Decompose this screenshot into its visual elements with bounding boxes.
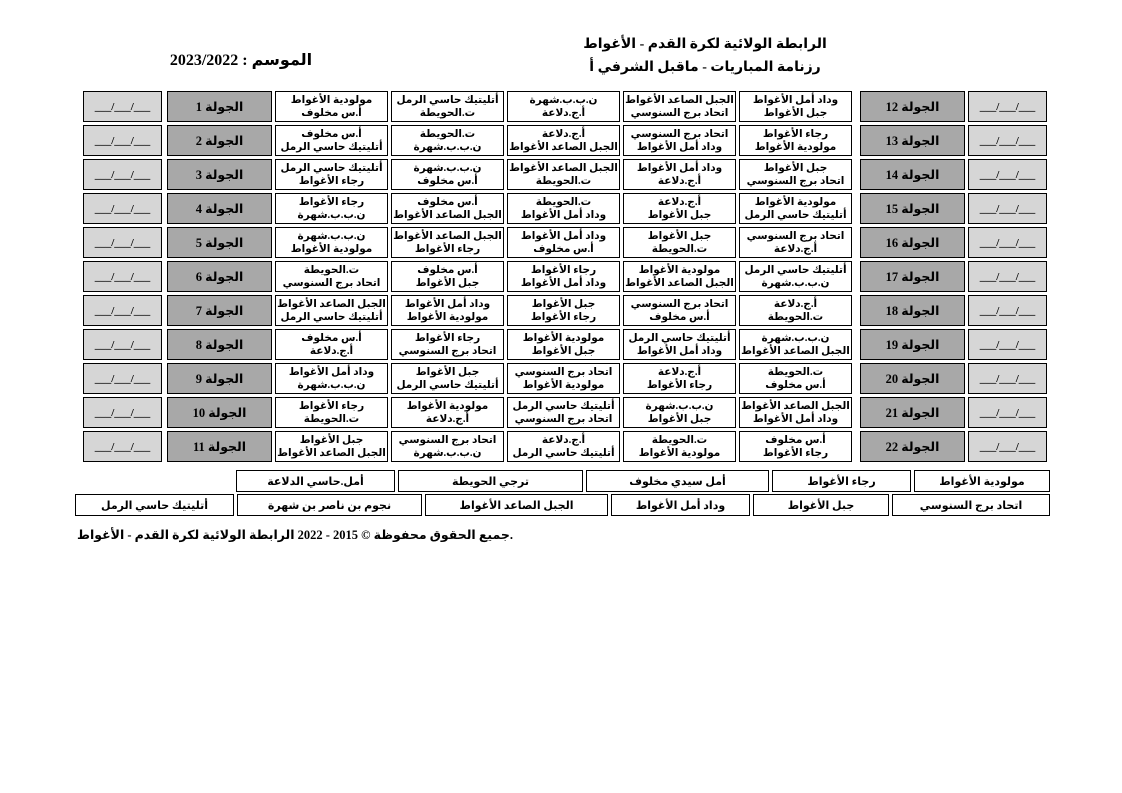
round-label-left: الجولة 22 [860,431,965,462]
team-bottom: أ.س مخلوف [533,243,593,256]
match-cell: أ.ج.دلاعةرجاء الأغواط [623,363,736,394]
team-top: مولودية الأغواط [523,332,605,345]
legend-item: مولودية الأغواط [914,470,1050,492]
team-top: مولودية الأغواط [291,94,373,107]
match-cell: مولودية الأغواطجبل الأغواط [507,329,620,360]
match-cell: ن.ب.ب.شهرةأ.س مخلوف [391,159,504,190]
match-cell: رجاء الأغواطوداد أمل الأغواط [507,261,620,292]
match-cell: أ.س مخلوفالجبل الصاعد الأغواط [391,193,504,224]
match-cell: رجاء الأغواطت.الحويطة [275,397,388,428]
date-field: ___/___/___ [968,329,1047,360]
legend-item: أمل.حاسي الدلاعة [236,470,395,492]
team-bottom: ت.الحويطة [536,175,591,188]
date-field: ___/___/___ [83,261,162,292]
match-cell: جبل الأغواطرجاء الأغواط [507,295,620,326]
team-bottom: أ.س مخلوف [765,379,825,392]
match-cell: أ.ج.دلاعةالجبل الصاعد الأغواط [507,125,620,156]
match-cell: أ.ج.دلاعةجبل الأغواط [623,193,736,224]
date-field: ___/___/___ [83,91,162,122]
round-label-left: الجولة 20 [860,363,965,394]
match-cell: جبل الأغواطالجبل الصاعد الأغواط [275,431,388,462]
team-bottom: اتحاد برج السنوسي [747,175,845,188]
team-top: رجاء الأغواط [763,128,828,141]
match-cell: أ.س مخلوفأتليتيك حاسي الرمل [275,125,388,156]
team-bottom: أ.س مخلوف [417,175,477,188]
legend-row: اتحاد برج السنوسيجبل الأغواطوداد أمل الأ… [75,494,1050,516]
match-cell: وداد أمل الأغواطجبل الأغواط [739,91,852,122]
team-bottom: جبل الأغواط [532,345,596,358]
team-bottom: رجاء الأغواط [299,175,364,188]
match-cell: مولودية الأغواطأ.ج.دلاعة [391,397,504,428]
team-bottom: الجبل الصاعد الأغواط [625,277,734,290]
team-top: أتليتيك حاسي الرمل [628,332,730,345]
team-bottom: مولودية الأغواط [407,311,489,324]
team-top: ن.ب.ب.شهرة [762,332,830,345]
match-cell: اتحاد برج السنوسيمولودية الأغواط [507,363,620,394]
team-top: ن.ب.ب.شهرة [414,162,482,175]
match-cell: ت.الحويطةمولودية الأغواط [623,431,736,462]
team-bottom: رجاء الأغواط [763,447,828,460]
date-field: ___/___/___ [968,125,1047,156]
round-label-left: الجولة 12 [860,91,965,122]
match-cell: اتحاد برج السنوسيوداد أمل الأغواط [623,125,736,156]
schedule-row: ___/___/___الجولة 22أ.س مخلوفرجاء الأغوا… [78,431,1047,462]
legend-item: الجبل الصاعد الأغواط [425,494,608,516]
team-top: أ.ج.دلاعة [542,128,585,141]
team-top: وداد أمل الأغواط [521,230,606,243]
team-bottom: رجاء الأغواط [647,379,712,392]
round-label-right: الجولة 11 [167,431,272,462]
page-subtitle: رزنامة المباريات - ماقبل الشرفي أ [520,56,890,79]
team-bottom: الجبل الصاعد الأغواط [509,141,618,154]
date-field: ___/___/___ [968,261,1047,292]
team-bottom: ن.ب.ب.شهرة [414,447,482,460]
team-bottom: أ.س مخلوف [649,311,709,324]
team-bottom: أ.ج.دلاعة [542,107,585,120]
round-label-left: الجولة 17 [860,261,965,292]
round-label-left: الجولة 16 [860,227,965,258]
match-cell: أ.س مخلوفأ.ج.دلاعة [275,329,388,360]
page-title-block: الرابطة الولائية لكرة القدم - الأغواط رز… [520,33,890,79]
team-top: مولودية الأغواط [407,400,489,413]
team-top: مولودية الأغواط [639,264,721,277]
match-cell: رجاء الأغواطن.ب.ب.شهرة [275,193,388,224]
team-bottom: الجبل الصاعد الأغواط [393,209,502,222]
schedule-row: ___/___/___الجولة 14جبل الأغواطاتحاد برج… [78,159,1047,190]
team-bottom: ت.الحويطة [768,311,823,324]
team-bottom: ت.الحويطة [420,107,475,120]
date-field: ___/___/___ [83,227,162,258]
team-top: مولودية الأغواط [755,196,837,209]
team-bottom: رجاء الأغواط [415,243,480,256]
legend-item: جبل الأغواط [753,494,889,516]
schedule-row: ___/___/___الجولة 15مولودية الأغواطأتليت… [78,193,1047,224]
team-top: ت.الحويطة [304,264,359,277]
schedule-row: ___/___/___الجولة 12وداد أمل الأغواطجبل … [78,91,1047,122]
team-bottom: ت.الحويطة [652,243,707,256]
match-cell: اتحاد برج السنوسيأ.ج.دلاعة [739,227,852,258]
team-bottom: وداد أمل الأغواط [753,413,838,426]
schedule-row: ___/___/___الجولة 17أتليتيك حاسي الرملن.… [78,261,1047,292]
team-top: أ.س مخلوف [301,332,361,345]
schedule-row: ___/___/___الجولة 16اتحاد برج السنوسيأ.ج… [78,227,1047,258]
team-top: جبل الأغواط [416,366,480,379]
date-field: ___/___/___ [83,295,162,326]
team-bottom: جبل الأغواط [416,277,480,290]
team-top: اتحاد برج السنوسي [399,434,497,447]
match-cell: ت.الحويطةوداد أمل الأغواط [507,193,620,224]
round-label-right: الجولة 6 [167,261,272,292]
round-label-left: الجولة 15 [860,193,965,224]
date-field: ___/___/___ [83,159,162,190]
legend-item: أمل سيدي مخلوف [586,470,769,492]
team-top: جبل الأغواط [764,162,828,175]
team-bottom: ن.ب.ب.شهرة [298,209,366,222]
match-cell: وداد أمل الأغواطن.ب.ب.شهرة [275,363,388,394]
team-top: ن.ب.ب.شهرة [298,230,366,243]
match-cell: وداد أمل الأغواطأ.س مخلوف [507,227,620,258]
team-top: أتليتيك حاسي الرمل [396,94,498,107]
round-label-left: الجولة 14 [860,159,965,190]
team-bottom: اتحاد برج السنوسي [631,107,729,120]
team-top: ت.الحويطة [536,196,591,209]
team-bottom: جبل الأغواط [764,107,828,120]
date-field: ___/___/___ [83,329,162,360]
team-bottom: أ.ج.دلاعة [658,175,701,188]
date-field: ___/___/___ [968,159,1047,190]
match-cell: أتليتيك حاسي الرملت.الحويطة [391,91,504,122]
team-bottom: مولودية الأغواط [523,379,605,392]
round-label-right: الجولة 8 [167,329,272,360]
match-cell: الجبل الصاعد الأغواطرجاء الأغواط [391,227,504,258]
team-top: أ.ج.دلاعة [658,196,701,209]
team-bottom: أ.ج.دلاعة [310,345,353,358]
match-cell: ن.ب.ب.شهرةالجبل الصاعد الأغواط [739,329,852,360]
team-bottom: جبل الأغواط [648,209,712,222]
round-label-right: الجولة 3 [167,159,272,190]
team-top: أ.س مخلوف [765,434,825,447]
team-bottom: اتحاد برج السنوسي [399,345,497,358]
team-top: أتليتيك حاسي الرمل [512,400,614,413]
date-field: ___/___/___ [968,397,1047,428]
team-top: اتحاد برج السنوسي [747,230,845,243]
match-cell: ت.الحويطةن.ب.ب.شهرة [391,125,504,156]
team-bottom: جبل الأغواط [648,413,712,426]
team-bottom: مولودية الأغواط [639,447,721,460]
legend-item: اتحاد برج السنوسي [892,494,1050,516]
team-bottom: أتليتيك حاسي الرمل [512,447,614,460]
schedule-row: ___/___/___الجولة 21الجبل الصاعد الأغواط… [78,397,1047,428]
round-label-left: الجولة 18 [860,295,965,326]
team-bottom: وداد أمل الأغواط [521,209,606,222]
schedule-row: ___/___/___الجولة 19ن.ب.ب.شهرةالجبل الصا… [78,329,1047,360]
match-cell: مولودية الأغواطأ.س مخلوف [275,91,388,122]
team-bottom: الجبل الصاعد الأغواط [277,447,386,460]
match-cell: ن.ب.ب.شهرةمولودية الأغواط [275,227,388,258]
round-label-right: الجولة 1 [167,91,272,122]
team-top: رجاء الأغواط [531,264,596,277]
team-bottom: وداد أمل الأغواط [637,345,722,358]
round-label-right: الجولة 7 [167,295,272,326]
date-field: ___/___/___ [83,193,162,224]
team-bottom: أتليتيك حاسي الرمل [744,209,846,222]
team-top: الجبل الصاعد الأغواط [277,298,386,311]
match-cell: الجبل الصاعد الأغواطوداد أمل الأغواط [739,397,852,428]
team-top: رجاء الأغواط [299,400,364,413]
team-top: وداد أمل الأغواط [405,298,490,311]
legend-item: رجاء الأغواط [772,470,911,492]
team-top: وداد أمل الأغواط [637,162,722,175]
date-field: ___/___/___ [83,397,162,428]
match-cell: أتليتيك حاسي الرملاتحاد برج السنوسي [507,397,620,428]
team-top: ت.الحويطة [768,366,823,379]
match-cell: ت.الحويطةأ.س مخلوف [739,363,852,394]
round-label-right: الجولة 9 [167,363,272,394]
match-cell: ن.ب.ب.شهرةأ.ج.دلاعة [507,91,620,122]
match-cell: أ.س مخلوفرجاء الأغواط [739,431,852,462]
date-field: ___/___/___ [968,91,1047,122]
team-bottom: أتليتيك حاسي الرمل [396,379,498,392]
match-cell: أ.ج.دلاعةأتليتيك حاسي الرمل [507,431,620,462]
match-cell: وداد أمل الأغواطمولودية الأغواط [391,295,504,326]
team-top: الجبل الصاعد الأغواط [741,400,850,413]
match-cell: اتحاد برج السنوسين.ب.ب.شهرة [391,431,504,462]
round-label-right: الجولة 10 [167,397,272,428]
match-cell: ن.ب.ب.شهرةجبل الأغواط [623,397,736,428]
date-field: ___/___/___ [968,193,1047,224]
team-top: أ.ج.دلاعة [542,434,585,447]
match-cell: أتليتيك حاسي الرملوداد أمل الأغواط [623,329,736,360]
legend-item: وداد أمل الأغواط [611,494,750,516]
team-top: ن.ب.ب.شهرة [646,400,714,413]
team-bottom: ن.ب.ب.شهرة [414,141,482,154]
team-bottom: وداد أمل الأغواط [521,277,606,290]
team-bottom: أ.س مخلوف [301,107,361,120]
legend-item: أتليتيك حاسي الرمل [75,494,234,516]
team-bottom: مولودية الأغواط [291,243,373,256]
team-top: أتليتيك حاسي الرمل [280,162,382,175]
date-field: ___/___/___ [968,363,1047,394]
round-label-right: الجولة 4 [167,193,272,224]
team-bottom: ن.ب.ب.شهرة [762,277,830,290]
team-top: اتحاد برج السنوسي [515,366,613,379]
match-cell: رجاء الأغواطمولودية الأغواط [739,125,852,156]
legend-item: ترجي الحويطة [398,470,583,492]
team-bottom: ن.ب.ب.شهرة [298,379,366,392]
schedule-row: ___/___/___الجولة 13رجاء الأغواطمولودية … [78,125,1047,156]
team-top: جبل الأغواط [532,298,596,311]
team-top: رجاء الأغواط [415,332,480,345]
match-cell: مولودية الأغواطأتليتيك حاسي الرمل [739,193,852,224]
team-bottom: وداد أمل الأغواط [637,141,722,154]
schedule-row: ___/___/___الجولة 20ت.الحويطةأ.س مخلوفأ.… [78,363,1047,394]
match-cell: وداد أمل الأغواطأ.ج.دلاعة [623,159,736,190]
round-label-right: الجولة 2 [167,125,272,156]
team-top: أ.ج.دلاعة [774,298,817,311]
team-top: أ.س مخلوف [301,128,361,141]
date-field: ___/___/___ [83,125,162,156]
team-bottom: أ.ج.دلاعة [426,413,469,426]
round-label-left: الجولة 19 [860,329,965,360]
match-cell: أ.ج.دلاعةت.الحويطة [739,295,852,326]
team-top: الجبل الصاعد الأغواط [509,162,618,175]
team-bottom: اتحاد برج السنوسي [515,413,613,426]
team-bottom: أ.ج.دلاعة [774,243,817,256]
team-top: ن.ب.ب.شهرة [530,94,598,107]
team-bottom: اتحاد برج السنوسي [283,277,381,290]
match-cell: أتليتيك حاسي الرملن.ب.ب.شهرة [739,261,852,292]
schedule-row: ___/___/___الجولة 18أ.ج.دلاعةت.الحويطةات… [78,295,1047,326]
team-bottom: أتليتيك حاسي الرمل [280,311,382,324]
team-top: اتحاد برج السنوسي [631,128,729,141]
copyright-footer: جميع الحقوق محفوظة © 2015 - 2022 الرابطة… [77,527,513,543]
team-top: ت.الحويطة [652,434,707,447]
team-bottom: رجاء الأغواط [531,311,596,324]
match-cell: جبل الأغواطت.الحويطة [623,227,736,258]
team-top: الجبل الصاعد الأغواط [625,94,734,107]
round-label-right: الجولة 5 [167,227,272,258]
match-cell: أتليتيك حاسي الرملرجاء الأغواط [275,159,388,190]
team-top: وداد أمل الأغواط [753,94,838,107]
match-cell: الجبل الصاعد الأغواطأتليتيك حاسي الرمل [275,295,388,326]
team-top: وداد أمل الأغواط [289,366,374,379]
team-top: جبل الأغواط [648,230,712,243]
match-cell: اتحاد برج السنوسيأ.س مخلوف [623,295,736,326]
legend-row: مولودية الأغواطرجاء الأغواطأمل سيدي مخلو… [236,470,1050,492]
date-field: ___/___/___ [83,363,162,394]
match-cell: مولودية الأغواطالجبل الصاعد الأغواط [623,261,736,292]
org-title: الرابطة الولائية لكرة القدم - الأغواط [520,33,890,56]
team-top: ت.الحويطة [420,128,475,141]
round-label-left: الجولة 13 [860,125,965,156]
match-cell: الجبل الصاعد الأغواطاتحاد برج السنوسي [623,91,736,122]
team-bottom: ت.الحويطة [304,413,359,426]
team-top: أ.ج.دلاعة [658,366,701,379]
team-top: أ.س مخلوف [417,264,477,277]
team-top: رجاء الأغواط [299,196,364,209]
round-label-left: الجولة 21 [860,397,965,428]
date-field: ___/___/___ [968,431,1047,462]
date-field: ___/___/___ [83,431,162,462]
match-cell: أ.س مخلوفجبل الأغواط [391,261,504,292]
date-field: ___/___/___ [968,227,1047,258]
team-top: أتليتيك حاسي الرمل [744,264,846,277]
team-top: جبل الأغواط [300,434,364,447]
match-cell: الجبل الصاعد الأغواطت.الحويطة [507,159,620,190]
team-bottom: أتليتيك حاسي الرمل [280,141,382,154]
season-label: الموسم : 2023/2022 [135,50,347,70]
match-cell: جبل الأغواطاتحاد برج السنوسي [739,159,852,190]
team-bottom: مولودية الأغواط [755,141,837,154]
team-bottom: الجبل الصاعد الأغواط [741,345,850,358]
team-top: اتحاد برج السنوسي [631,298,729,311]
date-field: ___/___/___ [968,295,1047,326]
team-top: الجبل الصاعد الأغواط [393,230,502,243]
team-top: أ.س مخلوف [417,196,477,209]
legend-item: نجوم بن ناصر بن شهرة [237,494,422,516]
match-cell: رجاء الأغواطاتحاد برج السنوسي [391,329,504,360]
match-cell: جبل الأغواطأتليتيك حاسي الرمل [391,363,504,394]
match-cell: ت.الحويطةاتحاد برج السنوسي [275,261,388,292]
